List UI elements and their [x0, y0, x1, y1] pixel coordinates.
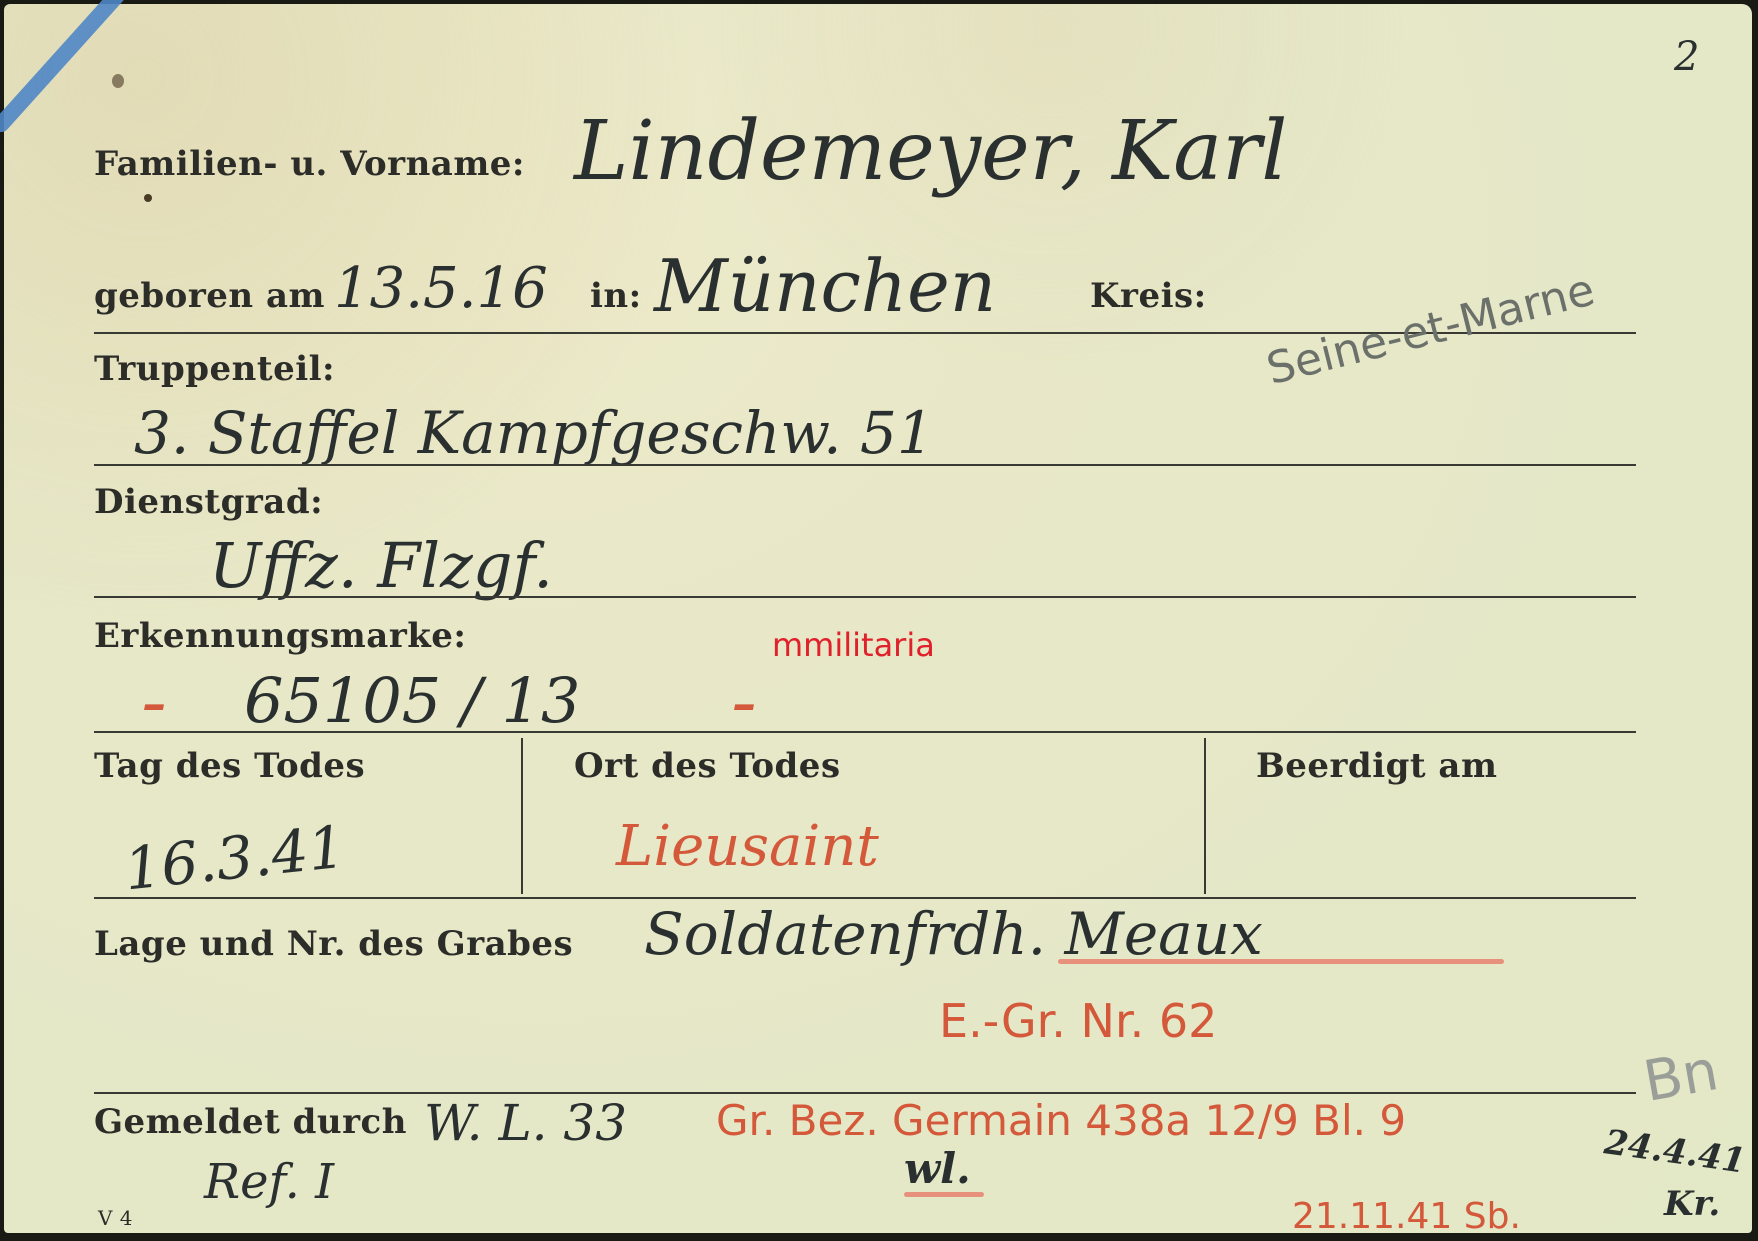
stamp-date: 24.4.41 — [1602, 1122, 1748, 1181]
death-place-label: Ort des Todes — [574, 746, 841, 786]
birth-date-value: 13.5.16 — [334, 256, 548, 321]
district-label: Kreis: — [1090, 276, 1207, 316]
blue-crayon-mark — [0, 0, 203, 135]
rule-line — [94, 1092, 1636, 1094]
rule-line — [94, 464, 1636, 466]
paper-stain — [112, 74, 124, 88]
rule-line — [94, 731, 1636, 733]
reported-sub: Ref. I — [204, 1154, 334, 1210]
reported-label: Gemeldet durch — [94, 1102, 407, 1142]
id-tag-label: Erkennungsmarke: — [94, 616, 466, 656]
reported-red-date: 21.11.41 Sb. — [1292, 1196, 1521, 1237]
name-label: Familien- u. Vorname: — [94, 144, 525, 184]
table-divider — [1204, 738, 1206, 894]
grave-value: Soldatenfrdh. Meaux — [644, 900, 1263, 968]
death-date-value: 16.3.41 — [121, 813, 348, 904]
form-code: V 4 — [98, 1206, 133, 1230]
death-record-card: 2 Familien- u. Vorname: Lindemeyer, Karl… — [4, 4, 1752, 1233]
red-underline — [904, 1192, 984, 1197]
rule-line — [94, 897, 1636, 899]
id-tag-suffix-mark: – — [732, 676, 756, 732]
grave-label: Lage und Nr. des Grabes — [94, 924, 573, 964]
grave-note: E.-Gr. Nr. 62 — [939, 994, 1217, 1048]
watermark: mmilitaria — [772, 626, 935, 664]
name-value: Lindemeyer, Karl — [574, 104, 1288, 199]
rank-label: Dienstgrad: — [94, 482, 323, 522]
death-date-label: Tag des Todes — [94, 746, 365, 786]
reported-red-note: Gr. Bez. Germain 438a 12/9 Bl. 9 — [716, 1096, 1406, 1145]
birth-place-value: München — [654, 244, 996, 328]
id-tag-prefix-mark: – — [142, 676, 166, 732]
unit-pencil-note: Seine-et-Marne — [1262, 264, 1600, 395]
death-place-value: Lieusaint — [616, 814, 879, 879]
page-number: 2 — [1674, 34, 1699, 80]
id-tag-value: 65105 / 13 — [244, 664, 580, 737]
rank-value: Uffz. Flzgf. — [209, 529, 553, 602]
paper-spot — [144, 194, 152, 202]
red-underline — [1058, 959, 1504, 964]
pencil-initials: Bn — [1639, 1038, 1723, 1115]
table-divider — [521, 738, 523, 894]
birth-date-label: geboren am — [94, 276, 325, 316]
stamp-initials: Kr. — [1664, 1184, 1720, 1224]
unit-label: Truppenteil: — [94, 349, 335, 389]
reported-initial-mark: wl. — [904, 1144, 971, 1193]
birth-place-label: in: — [590, 276, 642, 316]
unit-value: 3. Staffel Kampfgeschw. 51 — [134, 399, 934, 467]
burial-date-label: Beerdigt am — [1256, 746, 1497, 786]
rule-line — [94, 596, 1636, 598]
reported-value: W. L. 33 — [424, 1094, 627, 1152]
